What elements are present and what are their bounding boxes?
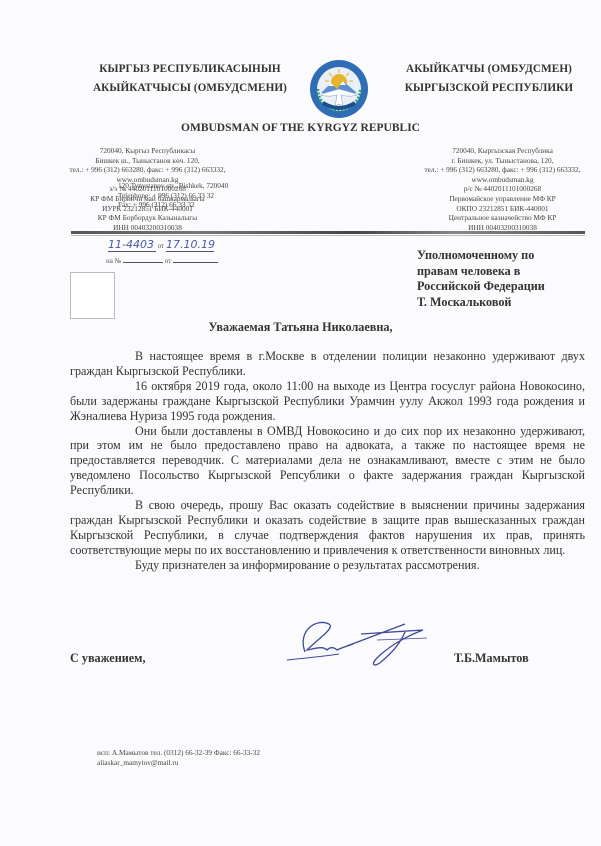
reply-from-label: от: [165, 257, 171, 265]
website-link[interactable]: www.ombudsman.kg: [400, 175, 601, 185]
addressee-line: Российской Федерации: [417, 279, 545, 295]
address-line: Бишкек ш., Тыныстанов көч. 120,: [60, 156, 235, 166]
handwritten-signature-icon: [277, 610, 437, 670]
paragraph: В свою очередь, прошу Вас оказать содейс…: [70, 498, 585, 558]
signatory-name: Т.Б.Мамытов: [454, 651, 529, 666]
paragraph: Они были доставлены в ОМВД Новокосино и …: [70, 424, 585, 499]
executor-contact: исп: А.Мамытов тел. (0312) 66-32-39 Факс…: [97, 748, 260, 758]
address-line: Telephone: + 996 (312) 66 33 32: [118, 191, 238, 201]
salutation: Уважаемая Татьяна Николаевна,: [0, 320, 601, 335]
header-left-line-1: КЫРГЫЗ РЕСПУБЛИКАСЫНЫН: [90, 60, 290, 79]
addressee-line: Т. Москальковой: [417, 295, 545, 311]
addressee-line: Уполномоченному по: [417, 248, 545, 264]
addressee-line: правам человека в: [417, 264, 545, 280]
paragraph: Буду признателен за информирование о рез…: [70, 558, 585, 573]
header-divider: [71, 231, 585, 234]
address-line: 720040, Кыргыз Республикасы: [60, 146, 235, 156]
letter-body: В настоящее время в г.Москве в отделении…: [70, 349, 585, 573]
paragraph: 16 октября 2019 года, около 11:00 на вых…: [70, 379, 585, 424]
header-left-line-2: АКЫЙКАТЧЫСЫ (ОМБУДСМЕНИ): [90, 79, 290, 98]
address-line: г. Бишкек, ул. Тыныстанова, 120,: [400, 156, 601, 166]
paragraph: В настоящее время в г.Москве в отделении…: [70, 349, 585, 379]
address-line: р/с № 4402011101000268: [400, 184, 601, 194]
addressee: Уполномоченному по правам человека в Рос…: [417, 248, 545, 310]
header-left-title: КЫРГЫЗ РЕСПУБЛИКАСЫНЫН АКЫЙКАТЧЫСЫ (ОМБУ…: [90, 60, 290, 98]
address-line: Fax: + 996 (312) 66 33 32: [118, 200, 238, 210]
address-line: Центральное казначейство МФ КР: [400, 213, 601, 223]
header-right-title: АКЫЙКАТЧЫ (ОМБУДСМЕН) КЫРГЫЗСКОЙ РЕСПУБЛ…: [399, 60, 579, 98]
outgoing-number: 11-4403: [108, 238, 154, 251]
executor-email-link[interactable]: aliaskar_mamytov@mail.ru: [97, 758, 260, 768]
address-line: тел.: + 996 (312) 663280, факс: + 996 (3…: [60, 165, 235, 175]
reply-number-label: на №: [106, 257, 121, 265]
executor-info: исп: А.Мамытов тел. (0312) 66-32-39 Факс…: [97, 748, 260, 768]
address-line: ОКПО 23212851 БИК-440001: [400, 204, 601, 214]
outgoing-date: 17.10.19: [166, 238, 215, 251]
address-right: 720040, Кыргызская Республика г. Бишкек,…: [400, 146, 601, 232]
header-right-line-2: КЫРГЫЗСКОЙ РЕСПУБЛИКИ: [399, 79, 579, 98]
address-middle: 120 Tynystanov str., Bishkek, 720040 Tel…: [118, 181, 238, 210]
address-line: КР ФМ Борбордук Казыналыгы: [60, 213, 235, 223]
header-divider-thin: [71, 235, 585, 236]
from-label: от: [158, 242, 164, 250]
english-title: OMBUDSMAN OF THE KYRGYZ REPUBLIC: [0, 122, 601, 134]
header-right-line-1: АКЫЙКАТЧЫ (ОМБУДСМЕН): [399, 60, 579, 79]
address-line: 720040, Кыргызская Республика: [400, 146, 601, 156]
closing-regards: С уважением,: [70, 651, 146, 666]
address-line: тел.: + 996 (312) 663280, факс: + 996 (3…: [400, 165, 601, 175]
address-line: 120 Tynystanov str., Bishkek, 720040: [118, 181, 238, 191]
stamp-box: [70, 272, 115, 319]
address-line: Первомайское управление МФ КР: [400, 194, 601, 204]
state-emblem-icon: [309, 59, 369, 119]
registration-block: 11-4403 от 17.10.19 на № от: [108, 238, 218, 265]
